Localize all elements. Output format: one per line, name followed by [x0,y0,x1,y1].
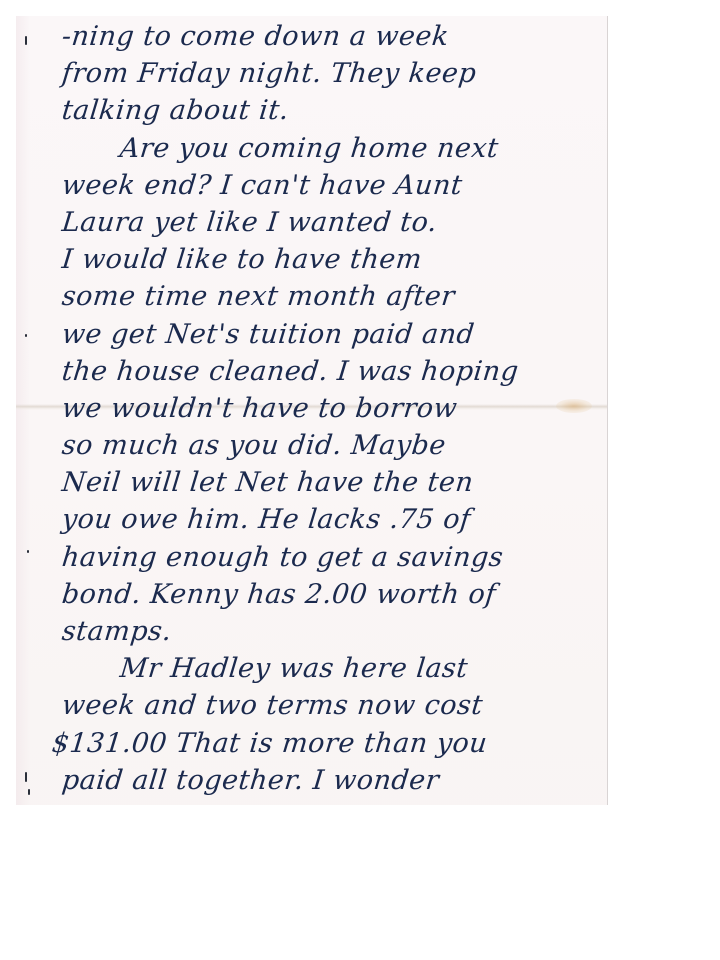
letter-line: we get Net's tuition paid and [60,316,604,353]
margin-mark [28,789,30,795]
letter-line: having enough to get a savings [60,539,604,576]
letter-line: talking about it. [60,92,604,129]
letter-line: from Friday night. They keep [60,55,604,92]
letter-line: week and two terms now cost [60,687,604,724]
letter-line: -ning to come down a week [60,18,604,55]
letter-line: you owe him. He lacks .75 of [60,501,604,538]
letter-page: -ning to come down a weekfrom Friday nig… [16,16,608,805]
letter-line: some time next month after [60,278,604,315]
margin-mark [25,36,27,45]
letter-line: the house cleaned. I was hoping [60,353,604,390]
letter-line: Laura yet like I wanted to. [60,204,604,241]
letter-line: bond. Kenny has 2.00 worth of [60,576,604,613]
letter-line: so much as you did. Maybe [60,427,604,464]
margin-mark [27,550,29,553]
letter-line: I would like to have them [60,241,604,278]
margin-mark [25,772,27,782]
letter-line: Mr Hadley was here last [60,650,604,687]
letter-line: $131.00 That is more than you [50,725,604,762]
letter-line: Neil will let Net have the ten [60,464,604,501]
margin-mark [25,334,27,337]
letter-line: week end? I can't have Aunt [60,167,604,204]
letter-line: when would be the best time [60,799,604,805]
letter-line: Are you coming home next [60,130,604,167]
handwritten-text: -ning to come down a weekfrom Friday nig… [60,18,600,805]
letter-line: we wouldn't have to borrow [60,390,604,427]
letter-line: paid all together. I wonder [60,762,604,799]
letter-line: stamps. [60,613,604,650]
